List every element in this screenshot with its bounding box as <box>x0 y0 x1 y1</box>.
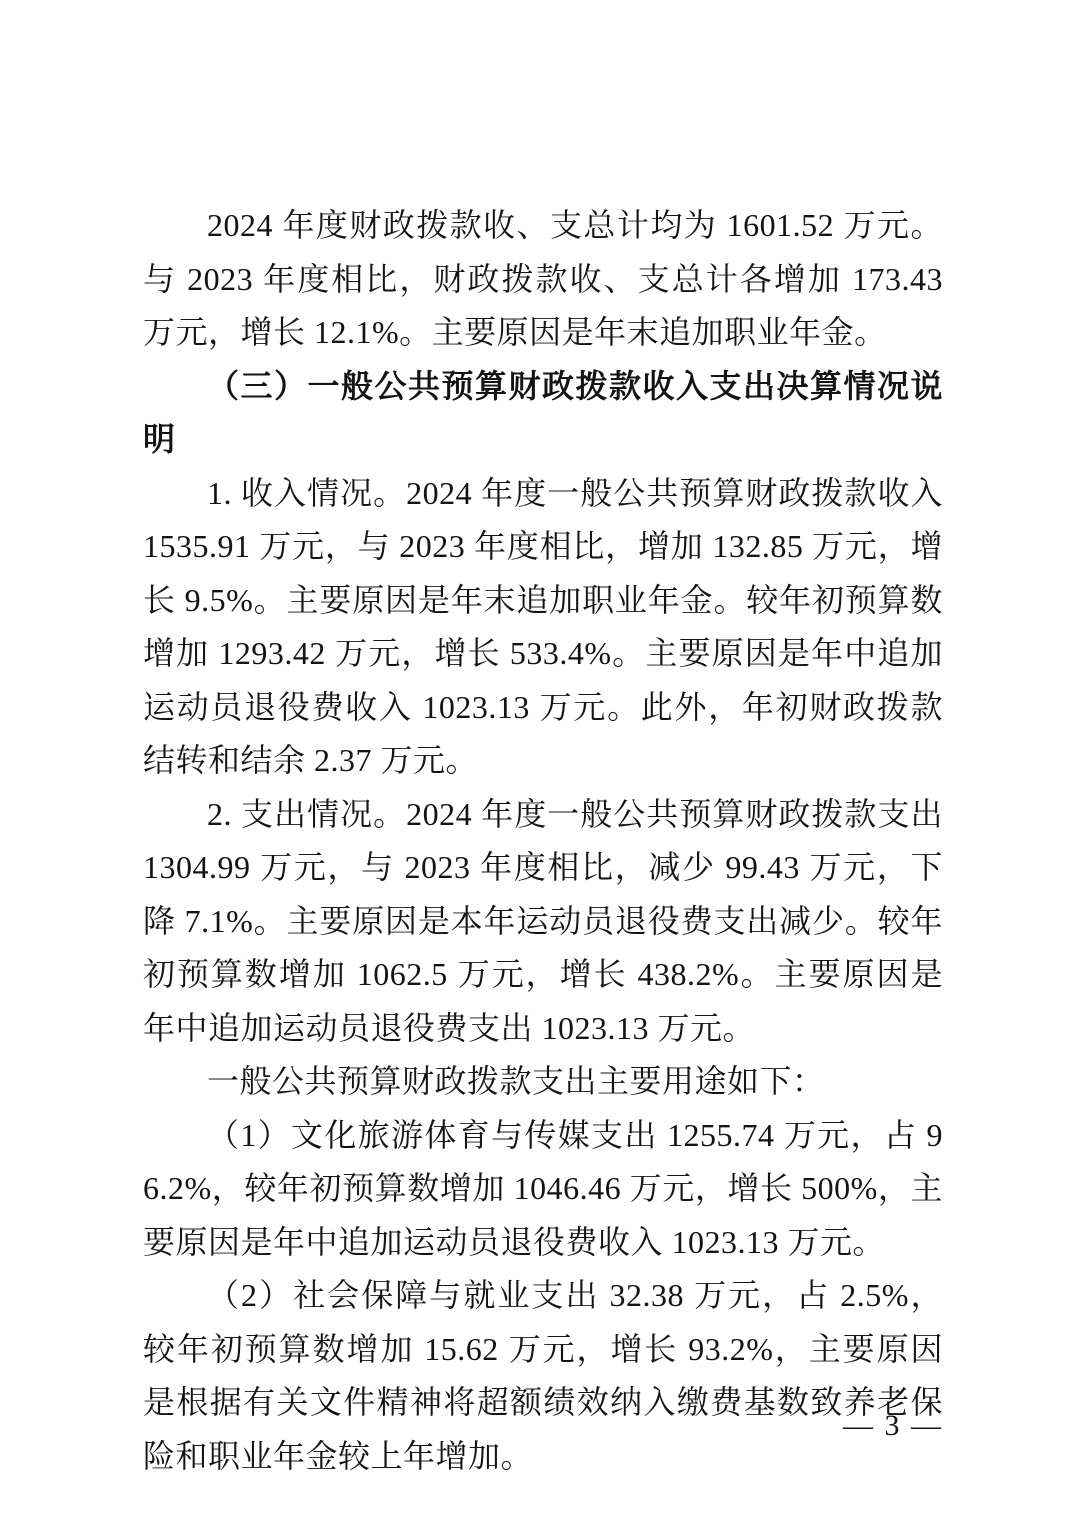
page-number: — 3 — <box>843 1406 943 1446</box>
paragraph-item-1-culture-tourism-sports-media: （1）文化旅游体育与传媒支出 1255.74 万元，占 96.2%，较年初预算数… <box>143 1109 943 1270</box>
document-body: 2024 年度财政拨款收、支总计均为 1601.52 万元。与 2023 年度相… <box>143 199 943 1483</box>
paragraph-fiscal-appropriation-summary: 2024 年度财政拨款收、支总计均为 1601.52 万元。与 2023 年度相… <box>143 199 943 360</box>
paragraph-expenditure-situation: 2. 支出情况。2024 年度一般公共预算财政拨款支出 1304.99 万元，与… <box>143 788 943 1056</box>
paragraph-item-2-social-security-employment: （2）社会保障与就业支出 32.38 万元，占 2.5%，较年初预算数增加 15… <box>143 1269 943 1483</box>
paragraph-income-situation: 1. 收入情况。2024 年度一般公共预算财政拨款收入 1535.91 万元，与… <box>143 467 943 788</box>
section-heading-general-public-budget: （三）一般公共预算财政拨款收入支出决算情况说明 <box>143 360 943 467</box>
paragraph-expenditure-usage-intro: 一般公共预算财政拨款支出主要用途如下： <box>143 1055 943 1109</box>
document-page: 2024 年度财政拨款收、支总计均为 1601.52 万元。与 2023 年度相… <box>0 0 1075 1520</box>
